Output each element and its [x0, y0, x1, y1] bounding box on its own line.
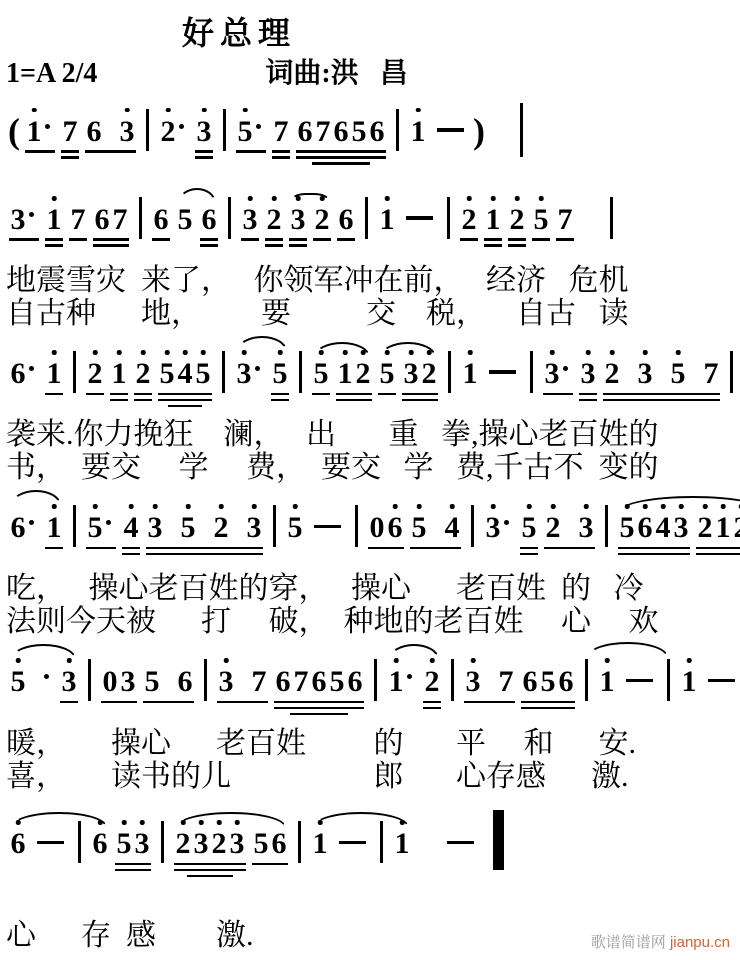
note-digit: 6	[270, 829, 288, 859]
beam-line	[696, 547, 740, 550]
beam-line	[252, 863, 288, 866]
note-group: 5	[271, 359, 289, 389]
beam-line	[289, 238, 307, 241]
beam-line	[274, 701, 364, 704]
note-group: 1	[25, 111, 55, 147]
note-group: 67	[93, 205, 129, 235]
lyric-line: 法则今天被 打 破， 种地的老百姓 心 欢	[6, 605, 740, 638]
music-line: (17632357676561)	[6, 90, 740, 182]
beam-line	[271, 393, 289, 396]
beam-line	[158, 399, 212, 402]
beam-line	[508, 244, 526, 247]
note-digit: 6	[296, 117, 314, 147]
beam-line	[61, 156, 79, 159]
note-digit: 7	[61, 117, 79, 147]
note-digit: 4	[654, 513, 672, 543]
duration-dash	[437, 128, 464, 132]
beam-line	[60, 701, 78, 704]
lyric-line: 吃， 操心老百姓的穿， 操心 老百姓 的 冷	[6, 572, 740, 605]
barline	[530, 351, 533, 393]
note-group: 32	[402, 359, 438, 389]
augmentation-dot	[502, 507, 514, 537]
duration-dash	[37, 841, 64, 845]
beam-line	[217, 701, 268, 704]
music-line: 3176765632326121257	[6, 182, 740, 264]
barline	[78, 821, 81, 863]
beam-line	[146, 553, 263, 556]
beam-line	[241, 238, 259, 241]
beam-line	[484, 238, 502, 241]
note-digit: 7	[292, 667, 310, 697]
duration-dash	[447, 841, 474, 845]
beam-line	[158, 393, 212, 396]
note-group: 23	[544, 513, 595, 543]
note-group: 6	[91, 829, 109, 859]
note-digit: 1	[378, 205, 396, 235]
lyric-line: 暖， 操心 老百姓 的 平 和 安.	[6, 727, 740, 760]
note-group: 2357	[603, 359, 720, 389]
beam-line	[579, 399, 597, 402]
lyric-line: 书， 要交 学 费， 要交 学 费,千古不 变的	[6, 451, 740, 484]
note-digit: 3	[245, 513, 263, 543]
note-digit: 1	[45, 205, 63, 235]
beam-line	[115, 869, 151, 872]
beam-line	[85, 150, 136, 153]
note-digit: 3	[119, 667, 137, 697]
beam-line	[174, 863, 246, 866]
note-digit: 6	[9, 513, 27, 543]
barline	[520, 103, 523, 157]
note-digit: 1	[484, 205, 502, 235]
note-digit: 2	[210, 829, 228, 859]
note-digit: 2	[508, 205, 526, 235]
beam-line	[9, 238, 39, 241]
beam-line	[508, 238, 526, 241]
note-group: 06	[368, 513, 404, 543]
note-group: 6	[152, 205, 170, 235]
beam-line	[146, 547, 263, 550]
note-digit: 1	[387, 667, 405, 697]
note-digit: 3	[60, 667, 78, 697]
note-group: 3	[195, 117, 213, 147]
beam-line	[696, 553, 740, 556]
barline	[146, 109, 149, 151]
slur-arc	[587, 642, 668, 657]
note-digit: 3	[577, 513, 595, 543]
note-digit: 3	[543, 359, 561, 389]
slur-arc	[11, 644, 76, 659]
beam-line	[618, 553, 690, 556]
note-digit: 2	[265, 205, 283, 235]
note-digit: 3	[9, 205, 27, 235]
note-digit: 4	[443, 513, 461, 543]
note-digit: 5	[115, 829, 133, 859]
beam-line	[532, 238, 550, 241]
beam-line	[45, 393, 63, 396]
note-digit: 5	[312, 359, 330, 389]
slur-arc	[314, 342, 370, 357]
note-digit: 6	[200, 205, 218, 235]
note-group: 56	[143, 667, 194, 697]
beam-line	[25, 150, 55, 153]
beam-line	[312, 393, 330, 396]
note-digit: 5	[539, 667, 557, 697]
key-signature: 1=A 2/4	[6, 58, 97, 90]
note-digit: 1	[45, 359, 63, 389]
barline	[299, 351, 302, 393]
note-digit: 0	[368, 513, 386, 543]
beam-line	[368, 547, 404, 550]
note-group: 56	[252, 829, 288, 859]
music-line: 5303563767656123765611	[6, 644, 740, 727]
barline	[667, 659, 670, 701]
beam-line	[265, 238, 283, 241]
final-thick-barline	[493, 810, 504, 870]
beam-line	[521, 707, 575, 710]
beam-line	[290, 713, 348, 716]
beam-line	[460, 238, 478, 241]
note-group: 2	[508, 205, 526, 235]
note-group: 1	[45, 513, 63, 543]
note-group: 1	[378, 205, 396, 235]
note-group: 3523	[146, 513, 263, 543]
note-group: 3	[579, 359, 597, 389]
lyric-line: 地震雪灾 来了， 你领军冲在前， 经济 危机	[6, 264, 740, 297]
note-digit: 5	[271, 359, 289, 389]
note-group: 63	[85, 117, 136, 147]
note-digit: 3	[235, 359, 253, 389]
note-digit: 5	[328, 667, 346, 697]
note-group: 53	[115, 829, 151, 859]
note-group: 6	[9, 507, 39, 543]
note-digit: 7	[111, 205, 129, 235]
note-digit: 3	[579, 359, 597, 389]
beam-line	[544, 547, 595, 550]
beam-line	[336, 399, 372, 402]
note-group: 1	[393, 829, 411, 859]
note-digit: 3	[484, 513, 502, 543]
beam-line	[274, 707, 364, 710]
beam-line	[200, 244, 218, 247]
note-group: 2	[313, 205, 331, 235]
note-digit: 3	[133, 829, 151, 859]
note-digit: 5	[378, 359, 396, 389]
note-digit: 2	[603, 359, 621, 389]
beam-line	[423, 707, 441, 710]
slur-arc	[11, 490, 61, 505]
barline	[396, 109, 399, 151]
beam-line	[134, 393, 152, 396]
lyrics-block: 地震雪灾 来了， 你领军冲在前， 经济 危机自古种 地， 要 交 税， 自古 读	[6, 264, 740, 330]
barline	[447, 197, 450, 239]
song-title: 好总理	[182, 8, 740, 54]
note-digit: 6	[274, 667, 292, 697]
note-digit: 7	[702, 359, 720, 389]
beam-line	[402, 399, 438, 402]
beam-line	[174, 869, 246, 872]
note-digit: 6	[152, 205, 170, 235]
beam-line	[313, 238, 331, 241]
note-digit: 4	[122, 513, 140, 543]
note-digit: 3	[636, 359, 654, 389]
note-digit: 2	[423, 667, 441, 697]
beam-line	[556, 238, 574, 241]
barline	[204, 659, 207, 701]
note-group: 6	[337, 205, 355, 235]
beam-line	[187, 875, 233, 878]
note-digit: 1	[110, 359, 128, 389]
note-group: 54	[410, 513, 461, 543]
note-digit: 5	[86, 513, 104, 543]
slur-arc	[380, 342, 436, 357]
lyric-line-final: 心 存 感 激.	[6, 919, 254, 952]
beam-line	[200, 238, 218, 241]
note-digit: 1	[336, 359, 354, 389]
note-digit: 6	[91, 829, 109, 859]
beam-line	[410, 547, 461, 550]
note-group: 2123	[696, 513, 740, 543]
note-group: 5	[286, 513, 304, 543]
augmentation-dot	[27, 507, 39, 537]
barline	[88, 659, 91, 701]
note-group: 5	[378, 359, 396, 389]
note-digit: 1	[393, 829, 411, 859]
beam-line	[265, 244, 283, 247]
barline	[228, 197, 231, 239]
beam-line	[272, 150, 290, 153]
note-digit: 2	[134, 359, 152, 389]
beam-line	[152, 238, 170, 241]
note-digit: 2	[313, 205, 331, 235]
note-digit: 3	[118, 117, 136, 147]
note-digit: 3	[228, 829, 246, 859]
beam-line	[289, 244, 307, 247]
note-digit: 1	[714, 513, 732, 543]
barline	[273, 505, 276, 547]
beam-line	[521, 701, 575, 704]
beam-line	[122, 553, 140, 556]
slur-arc	[313, 812, 409, 827]
barline	[610, 197, 613, 239]
note-digit: 5	[194, 359, 212, 389]
beam-line	[272, 156, 290, 159]
duration-dash	[339, 841, 366, 845]
beam-line	[337, 238, 355, 241]
note-digit: 5	[532, 205, 550, 235]
beam-line	[93, 244, 129, 247]
beam-line	[110, 393, 128, 396]
note-digit: 5	[669, 359, 687, 389]
note-digit: 1	[680, 667, 698, 697]
note-digit: 1	[25, 117, 43, 147]
note-group: 1	[45, 359, 63, 389]
duration-dash	[489, 370, 516, 374]
note-digit: 2	[159, 117, 177, 147]
augmentation-dot	[42, 661, 54, 691]
note-digit: 3	[464, 667, 482, 697]
note-digit: 6	[310, 667, 328, 697]
note-group: 3	[60, 667, 78, 697]
augmentation-dot	[177, 111, 189, 141]
beam-line	[45, 244, 63, 247]
barline	[355, 505, 358, 547]
beam-line	[101, 701, 137, 704]
music-line: 6154352350654352356432123	[6, 490, 740, 572]
note-group: 1	[110, 359, 128, 389]
note-group: 1	[680, 667, 698, 697]
beam-line	[61, 150, 79, 153]
note-digit: 6	[346, 667, 364, 697]
note-group: 37	[217, 667, 268, 697]
augmentation-dot	[43, 111, 55, 141]
note-digit: 3	[195, 117, 213, 147]
barline	[605, 505, 608, 547]
note-digit: 6	[636, 513, 654, 543]
beam-line	[134, 399, 152, 402]
note-group: 2	[423, 667, 441, 697]
note-digit: 4	[176, 359, 194, 389]
note-group: 5	[520, 513, 538, 543]
note-group: 4	[122, 513, 140, 543]
note-group: 7	[61, 117, 79, 147]
slur-arc	[237, 336, 287, 351]
note-group: 2	[265, 205, 283, 235]
note-digit: 1	[461, 359, 479, 389]
barline	[365, 197, 368, 239]
footer-row: 心 存 感 激. 歌谱简谱网 jianpu.cn	[6, 919, 740, 960]
note-group: 2	[134, 359, 152, 389]
barline	[222, 351, 225, 393]
note-digit: 5	[410, 513, 428, 543]
note-digit: 7	[556, 205, 574, 235]
beam-line	[603, 399, 720, 402]
note-group: 2	[460, 205, 478, 235]
note-digit: 7	[314, 117, 332, 147]
beam-line	[86, 547, 116, 550]
note-digit: 2	[420, 359, 438, 389]
note-digit: 2	[696, 513, 714, 543]
barline	[374, 659, 377, 701]
slur-arc	[178, 188, 216, 203]
beam-line	[312, 162, 370, 165]
barline	[298, 821, 301, 863]
note-group: 2	[159, 111, 189, 147]
note-digit: 3	[241, 205, 259, 235]
note-digit: 1	[45, 513, 63, 543]
note-digit: 5	[9, 667, 27, 697]
duration-dash	[406, 216, 433, 220]
barline	[585, 659, 588, 701]
note-group: 7	[556, 205, 574, 235]
slur-arc	[176, 812, 286, 827]
note-group: 67656	[274, 667, 364, 697]
barline	[451, 659, 454, 701]
beam-line	[402, 393, 438, 396]
note-digit: 5	[350, 117, 368, 147]
barline	[73, 505, 76, 547]
note-group: 3	[9, 199, 39, 235]
note-group: 656	[521, 667, 575, 697]
note-group: 6	[9, 829, 27, 859]
parenthesis: )	[473, 116, 485, 146]
duration-dash	[708, 679, 735, 683]
beam-line	[45, 238, 63, 241]
augmentation-dot	[27, 199, 39, 229]
note-digit: 3	[289, 205, 307, 235]
note-digit: 6	[93, 205, 111, 235]
note-group: 6	[9, 353, 39, 389]
beam-line	[520, 547, 538, 550]
beam-line	[271, 399, 289, 402]
note-digit: 3	[192, 829, 210, 859]
slur-arc	[620, 496, 740, 511]
note-digit: 5	[176, 205, 194, 235]
note-group: 5643	[618, 513, 690, 543]
note-digit: 6	[368, 117, 386, 147]
note-group: 7	[272, 117, 290, 147]
note-digit: 7	[272, 117, 290, 147]
beam-line	[543, 393, 573, 396]
header-meta-row: 1=A 2/4 词曲:洪 昌	[6, 58, 740, 90]
note-digit: 2	[732, 513, 740, 543]
beam-line	[520, 553, 538, 556]
augmentation-dot	[405, 661, 417, 691]
note-group: 3	[241, 205, 259, 235]
note-group: 37	[464, 667, 515, 697]
note-digit: 5	[520, 513, 538, 543]
score: (17632357676561)3176765632326121257地震雪灾 …	[6, 90, 740, 897]
note-digit: 5	[618, 513, 636, 543]
beam-line	[93, 238, 129, 241]
barline	[73, 351, 76, 393]
note-group: 1	[484, 205, 502, 235]
barline	[448, 351, 451, 393]
note-digit: 6	[386, 513, 404, 543]
note-group: 7	[69, 205, 87, 235]
beam-line	[618, 547, 690, 550]
beam-line	[195, 156, 213, 159]
beam-line	[86, 393, 104, 396]
note-digit: 2	[212, 513, 230, 543]
note-digit: 3	[672, 513, 690, 543]
note-group: 5	[9, 661, 54, 697]
barline	[223, 109, 226, 151]
note-digit: 7	[69, 205, 87, 235]
beam-line	[423, 701, 441, 704]
beam-line	[579, 393, 597, 396]
note-digit: 6	[557, 667, 575, 697]
note-digit: 5	[179, 513, 197, 543]
beam-line	[603, 393, 720, 396]
beam-line	[143, 701, 194, 704]
composer-credit: 词曲:洪 昌	[265, 58, 407, 90]
tie-arc	[291, 193, 329, 200]
note-group: 5	[236, 111, 266, 147]
note-digit: 6	[337, 205, 355, 235]
note-group: 2	[86, 359, 104, 389]
augmentation-dot	[253, 353, 265, 383]
note-digit: 0	[101, 667, 119, 697]
augmentation-dot	[27, 353, 39, 383]
beam-line	[195, 150, 213, 153]
note-group: 1	[45, 205, 63, 235]
note-digit: 5	[236, 117, 254, 147]
watermark-domain-link[interactable]: jianpu.cn	[670, 934, 730, 951]
note-digit: 7	[497, 667, 515, 697]
note-group: 1	[409, 117, 427, 147]
barline	[730, 351, 733, 393]
beam-line	[122, 547, 140, 550]
